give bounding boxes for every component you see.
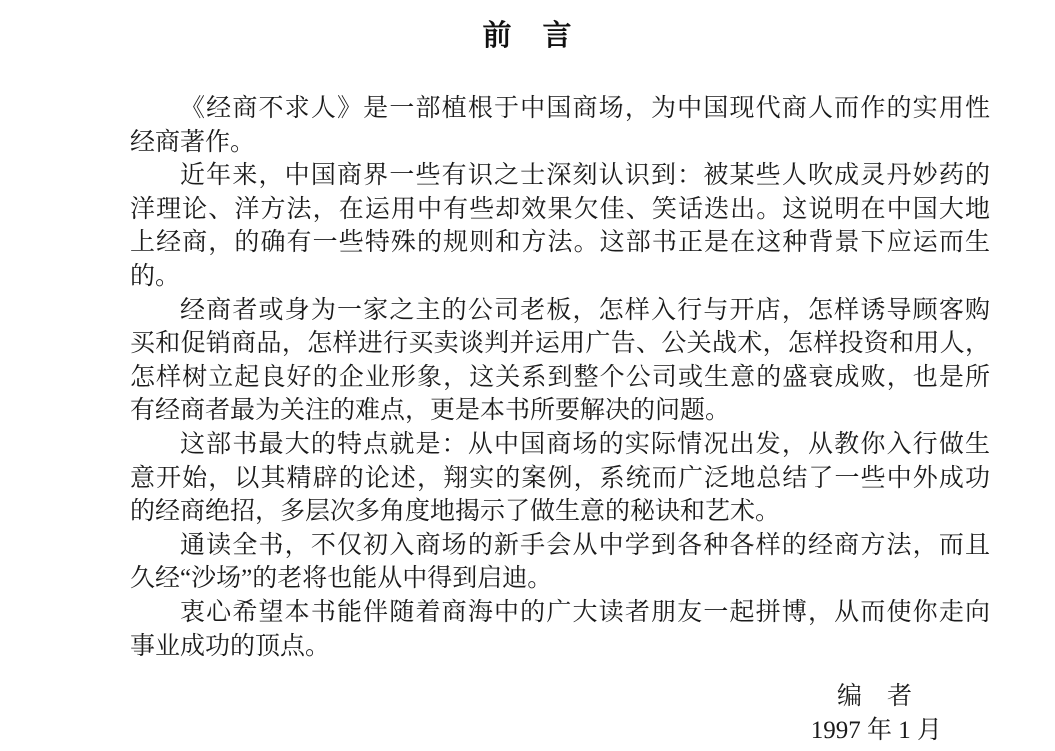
signature-author: 编 者 <box>130 680 912 714</box>
text-line: 近年来，中国商界一些有识之士深刻认识到：被某些人吹成灵丹妙药的 <box>130 159 990 193</box>
text-line: 久经“沙场”的老将也能从中得到启迪。 <box>130 562 990 596</box>
text-line: 怎样树立起良好的企业形象，这关系到整个公司或生意的盛衰成败，也是所 <box>130 361 990 395</box>
text-line: 的。 <box>130 260 990 294</box>
text-line: 事业成功的顶点。 <box>130 630 990 664</box>
text-line: 有经商者最为关注的难点，更是本书所要解决的问题。 <box>130 394 990 428</box>
text-line: 经商著作。 <box>130 126 990 160</box>
text-line: 衷心希望本书能伴随着商海中的广大读者朋友一起拼博，从而使你走向 <box>130 596 990 630</box>
text-line: 上经商，的确有一些特殊的规则和方法。这部书正是在这种背景下应运而生 <box>130 226 990 260</box>
preface-page: 前 言 《经商不求人》是一部植根于中国商场，为中国现代商人而作的实用性 经商著作… <box>0 0 1055 751</box>
text-line: 洋理论、洋方法，在运用中有些却效果欠佳、笑话迭出。这说明在中国大地 <box>130 193 990 227</box>
signature-block: 编 者 1997 年 1 月 <box>130 680 990 748</box>
text-line: 意开始，以其精辟的论述，翔实的案例，系统而广泛地总结了一些中外成功 <box>130 462 990 496</box>
text-line: 的经商绝招，多层次多角度地揭示了做生意的秘诀和艺术。 <box>130 495 990 529</box>
preface-body: 《经商不求人》是一部植根于中国商场，为中国现代商人而作的实用性 经商著作。 近年… <box>130 92 990 748</box>
page-title: 前 言 <box>0 0 1055 52</box>
text-line: 这部书最大的特点就是：从中国商场的实际情况出发，从教你入行做生 <box>130 428 990 462</box>
text-line: 《经商不求人》是一部植根于中国商场，为中国现代商人而作的实用性 <box>130 92 990 126</box>
text-line: 通读全书，不仅初入商场的新手会从中学到各种各样的经商方法，而且 <box>130 529 990 563</box>
signature-date: 1997 年 1 月 <box>130 714 942 748</box>
text-line: 经商者或身为一家之主的公司老板，怎样入行与开店，怎样诱导顾客购 <box>130 294 990 328</box>
text-line: 买和促销商品，怎样进行买卖谈判并运用广告、公关战术，怎样投资和用人， <box>130 327 990 361</box>
